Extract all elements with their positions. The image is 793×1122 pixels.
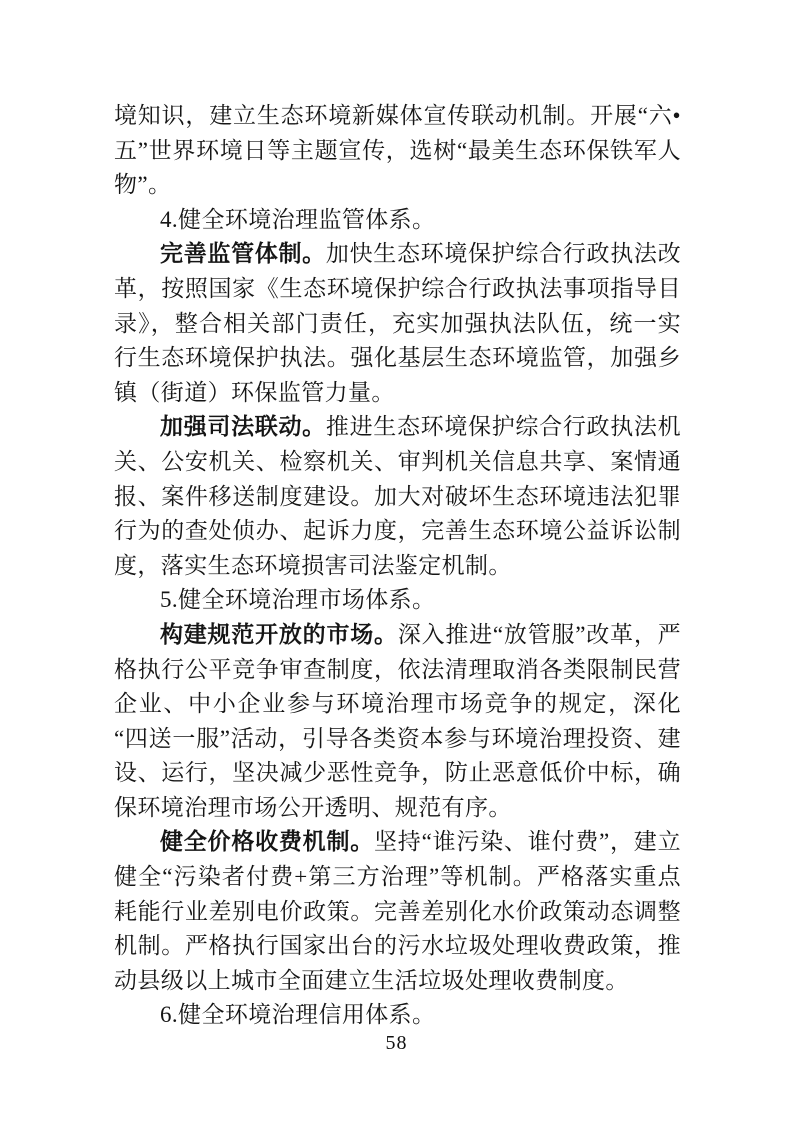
body-paragraph: 加强司法联动。推进生态环境保护综合行政执法机关、公安机关、检察机关、审判机关信息… (114, 410, 681, 583)
body-paragraph: 构建规范开放的市场。深入推进“放管服”改革，严格执行公平竞争审查制度，依法清理取… (114, 618, 681, 826)
paragraph-bold-lead: 健全价格收费机制。 (160, 829, 374, 854)
page-body: 境知识，建立生态环境新媒体宣传联动机制。开展“六•五”世界环境日等主题宣传，选树… (114, 99, 681, 1033)
paragraph-text: 4.健全环境治理监管体系。 (160, 207, 435, 232)
numbered-heading: 4.健全环境治理监管体系。 (114, 203, 681, 238)
paragraph-bold-lead: 加强司法联动。 (160, 414, 326, 439)
body-paragraph: 健全价格收费机制。坚持“谁污染、谁付费”，建立健全“污染者付费+第三方治理”等机… (114, 825, 681, 998)
paragraph-text: 深入推进“放管服”改革，严格执行公平竞争审查制度，依法清理取消各类限制民营企业、… (114, 622, 681, 820)
paragraph-text: 5.健全环境治理市场体系。 (160, 587, 435, 612)
document-page: 境知识，建立生态环境新媒体宣传联动机制。开展“六•五”世界环境日等主题宣传，选树… (0, 0, 793, 1122)
paragraph-text: 6.健全环境治理信用体系。 (160, 1002, 435, 1027)
numbered-heading: 6.健全环境治理信用体系。 (114, 998, 681, 1033)
paragraph-bold-lead: 完善监管体制。 (160, 241, 326, 266)
body-paragraph: 境知识，建立生态环境新媒体宣传联动机制。开展“六•五”世界环境日等主题宣传，选树… (114, 99, 681, 203)
paragraph-text: 境知识，建立生态环境新媒体宣传联动机制。开展“六•五”世界环境日等主题宣传，选树… (114, 103, 681, 197)
body-paragraph: 完善监管体制。加快生态环境保护综合行政执法改革，按照国家《生态环境保护综合行政执… (114, 237, 681, 410)
paragraph-bold-lead: 构建规范开放的市场。 (160, 622, 398, 647)
numbered-heading: 5.健全环境治理市场体系。 (114, 583, 681, 618)
page-number: 58 (0, 1032, 793, 1055)
